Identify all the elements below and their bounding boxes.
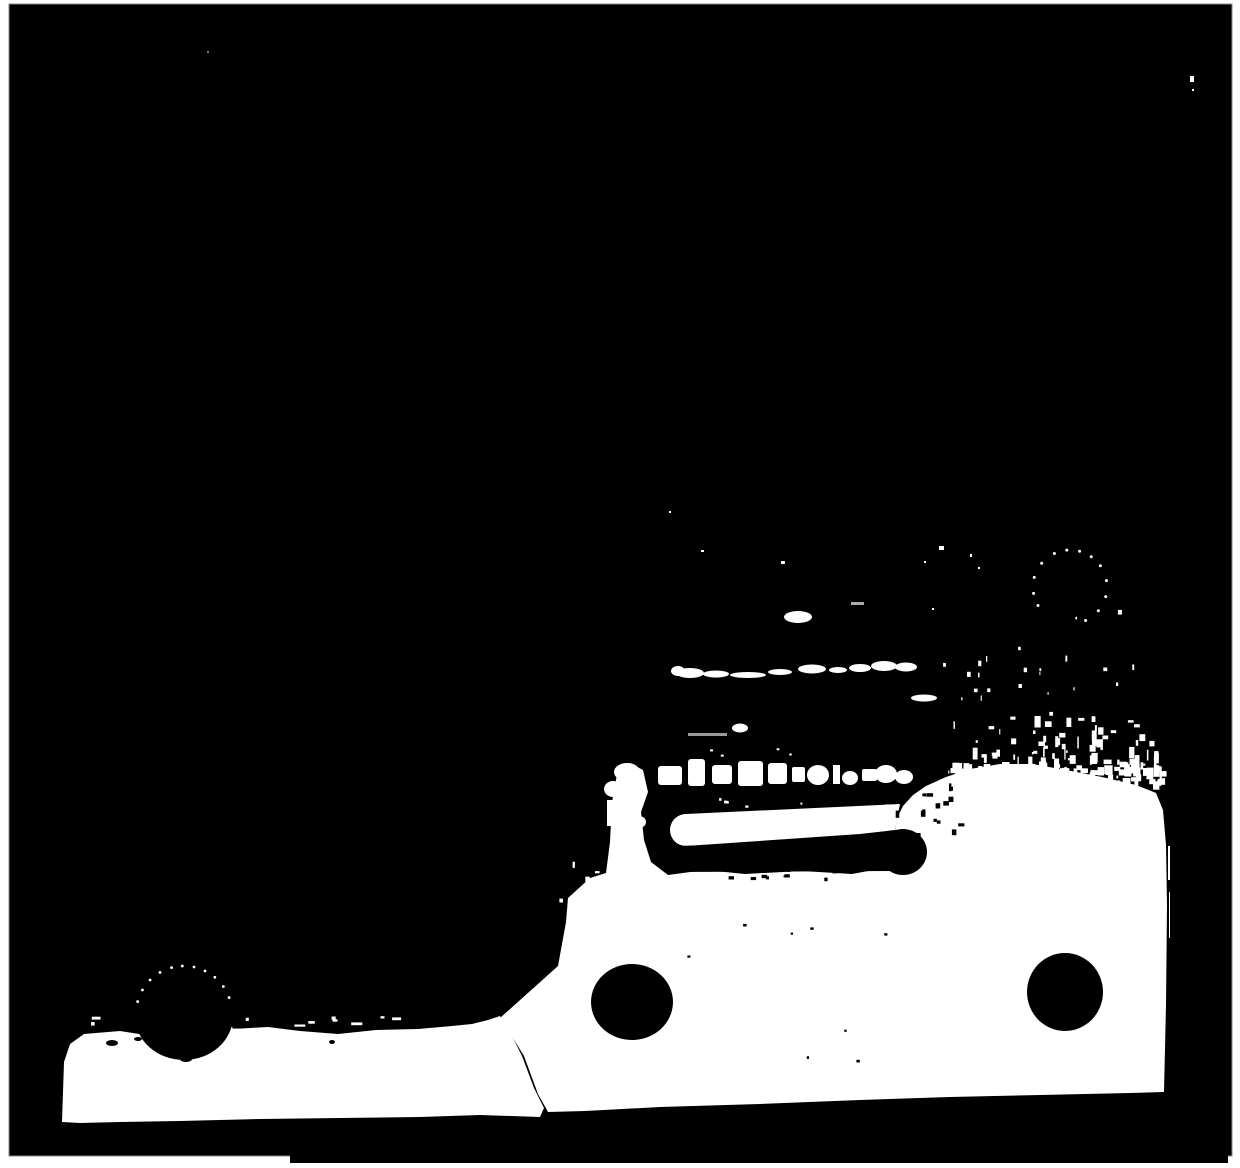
glare-streak-2 bbox=[676, 668, 704, 678]
hole-left-rim-dots-dot-9 bbox=[222, 985, 225, 988]
fur-noise-main-17 bbox=[1128, 720, 1134, 722]
wedge-edge-noise-9 bbox=[596, 909, 600, 914]
fur-noise-main-42 bbox=[1117, 760, 1119, 765]
fur-noise-main-75 bbox=[1066, 750, 1068, 753]
fur-noise-main-72 bbox=[1108, 774, 1113, 780]
fur-noise-main-106 bbox=[1045, 721, 1052, 727]
under-rod-speckle-6 bbox=[785, 874, 790, 877]
fur-noise-main-94 bbox=[1146, 777, 1150, 779]
fur-noise-sparse-3 bbox=[1024, 668, 1027, 673]
fur-noise-main-103 bbox=[1043, 736, 1046, 742]
base-top-edge-noise-19 bbox=[308, 1021, 315, 1024]
fur-noise-main-102 bbox=[999, 729, 1000, 735]
speck-top-left-gray bbox=[207, 51, 209, 53]
wedge-edge-noise-15 bbox=[578, 910, 580, 916]
under-rod-speckle-8 bbox=[751, 877, 756, 880]
fur-noise-dense-36 bbox=[1114, 767, 1120, 771]
fur-noise-main-107 bbox=[1098, 727, 1103, 734]
ghost-circle-rim-dots-dot-10 bbox=[1104, 595, 1107, 598]
knob-junction-speckle-7 bbox=[922, 809, 925, 813]
ghost-circle-rim-dots-dot-12 bbox=[1084, 619, 1087, 622]
glare-text-blob-9 bbox=[842, 771, 858, 785]
fur-noise-main-46 bbox=[992, 753, 997, 756]
under-rod-speckle-3 bbox=[729, 876, 734, 879]
fur-noise-main-43 bbox=[954, 721, 955, 729]
under-rod-speckle-7 bbox=[762, 875, 768, 878]
glare-streak-10 bbox=[895, 663, 917, 672]
fur-noise-dense-54 bbox=[975, 771, 981, 775]
glare-streak-7 bbox=[829, 667, 847, 673]
base-speck-2 bbox=[134, 1037, 142, 1041]
fur-noise-main-89 bbox=[1050, 770, 1053, 777]
mass-interior-specks-1 bbox=[687, 955, 690, 957]
glare-text-blob-6 bbox=[792, 767, 805, 782]
fur-noise-main-15 bbox=[1111, 730, 1116, 733]
fur-noise-main-80 bbox=[1094, 778, 1098, 788]
fur-noise-main-39 bbox=[976, 740, 978, 743]
under-rod-speckle-9 bbox=[787, 869, 791, 872]
fur-noise-main-99 bbox=[973, 748, 978, 760]
glare-text-blob-12 bbox=[895, 770, 913, 784]
wedge-edge-noise-23 bbox=[596, 938, 600, 941]
fur-noise-main-119 bbox=[1102, 736, 1108, 740]
fur-noise-main-78 bbox=[1141, 762, 1144, 769]
speck-mid-1 bbox=[669, 511, 671, 513]
fur-noise-dense-52 bbox=[966, 764, 972, 769]
wedge-edge-noise-22 bbox=[567, 918, 570, 920]
fur-noise-dense-46 bbox=[1124, 764, 1130, 771]
neck-blob-2 bbox=[604, 781, 622, 797]
glare-text-blob-10 bbox=[862, 769, 877, 781]
glare-text-underdots-4 bbox=[886, 804, 889, 807]
fur-noise-dense-35 bbox=[984, 764, 991, 769]
fur-noise-dense-45 bbox=[1062, 778, 1066, 784]
fur-noise-main-22 bbox=[1032, 752, 1034, 754]
knob-junction-speckle-10 bbox=[896, 811, 900, 818]
fur-noise-sparse-14 bbox=[981, 696, 982, 701]
fur-noise-main-92 bbox=[1015, 774, 1022, 784]
knob-junction-speckle-8 bbox=[922, 793, 926, 796]
speck-mid-8 bbox=[932, 608, 934, 610]
fur-noise-sparse-12 bbox=[1103, 668, 1107, 672]
fur-noise-dense-50 bbox=[1136, 774, 1141, 781]
hole-left bbox=[135, 972, 233, 1060]
speck-mid-3 bbox=[781, 561, 785, 564]
glare-text-blob-1 bbox=[658, 766, 682, 785]
glare-streak-5 bbox=[768, 669, 792, 675]
wedge-edge-noise-11 bbox=[573, 862, 575, 868]
page bbox=[0, 0, 1240, 1168]
base-speck-1 bbox=[106, 1040, 118, 1046]
fur-noise-main-56 bbox=[984, 755, 987, 763]
under-rod-speckle-5 bbox=[833, 870, 838, 873]
knob-junction-speckle-1 bbox=[936, 803, 941, 808]
mass-interior-specks-5 bbox=[807, 1056, 809, 1059]
base-top-edge-noise-0 bbox=[333, 1019, 338, 1021]
fur-noise-sparse-13 bbox=[1065, 656, 1067, 662]
fur-noise-dense-38 bbox=[1114, 781, 1120, 790]
fur-noise-sparse-16 bbox=[1075, 617, 1077, 620]
fur-noise-dense-23 bbox=[1143, 768, 1151, 776]
knob-junction-speckle-12 bbox=[943, 801, 949, 806]
fur-noise-dense-42 bbox=[1090, 772, 1095, 776]
fur-noise-main-38 bbox=[1160, 771, 1167, 777]
mass-interior-specks-3 bbox=[810, 927, 813, 929]
speck-mid-4 bbox=[924, 561, 926, 563]
speck-top-right-a bbox=[1190, 76, 1194, 82]
glare-text-blob-3 bbox=[712, 765, 732, 784]
base-speck-3 bbox=[329, 1040, 335, 1044]
gray-scratch-line bbox=[688, 733, 727, 736]
glare-text-blob-5 bbox=[768, 763, 787, 784]
fur-noise-main-108 bbox=[1013, 755, 1015, 760]
fur-noise-sparse-7 bbox=[987, 688, 990, 692]
fur-noise-main-52 bbox=[1154, 751, 1158, 761]
fur-noise-dense-5 bbox=[1091, 760, 1098, 764]
glare-text-blob-4 bbox=[738, 761, 763, 786]
ghost-circle-rim-dots-dot-2 bbox=[1033, 576, 1036, 579]
hole-left-rim-dots-dot-5 bbox=[181, 965, 184, 968]
fur-noise-dense-34 bbox=[1056, 781, 1059, 788]
fur-noise-sparse-11 bbox=[978, 661, 981, 667]
fur-noise-dense-47 bbox=[1135, 755, 1140, 764]
fur-noise-main-116 bbox=[1092, 716, 1096, 722]
fur-noise-sparse-0 bbox=[1116, 683, 1118, 687]
glare-text-overdots-2 bbox=[710, 749, 713, 751]
glare-text-underdots-0 bbox=[719, 798, 721, 801]
mass-interior-specks-7 bbox=[743, 924, 747, 927]
hole-left-rim-dots-dot-0 bbox=[136, 1000, 139, 1003]
wedge-edge-noise-6 bbox=[575, 982, 580, 988]
knob-junction-speckle-6 bbox=[917, 833, 921, 842]
fur-noise-sparse-2 bbox=[986, 656, 987, 662]
fur-noise-sparse-21 bbox=[943, 663, 946, 667]
right-edge-sliver-lower bbox=[1169, 892, 1170, 938]
fur-noise-sparse-9 bbox=[1039, 668, 1041, 671]
ghost-circle-rim-dots-dot-5 bbox=[1065, 549, 1068, 552]
fur-noise-main-62 bbox=[1078, 718, 1084, 721]
base-top-edge-noise-15 bbox=[294, 1025, 305, 1027]
fur-noise-dense-55 bbox=[972, 775, 981, 785]
fur-noise-dense-39 bbox=[1008, 765, 1012, 770]
fur-noise-main-84 bbox=[996, 750, 1000, 757]
fur-noise-main-23 bbox=[1129, 747, 1134, 758]
fur-noise-main-47 bbox=[1066, 718, 1071, 727]
glare-text-blob-7 bbox=[807, 765, 829, 785]
fur-noise-dense-11 bbox=[1104, 760, 1112, 765]
hole-left-rim-dots-dot-1 bbox=[141, 989, 144, 992]
hole-left-rim-dots-dot-3 bbox=[159, 971, 162, 974]
fur-noise-main-69 bbox=[1090, 745, 1096, 752]
speck-top-right-b bbox=[1192, 89, 1194, 91]
fur-noise-dense-14 bbox=[992, 777, 999, 782]
fur-noise-main-41 bbox=[1033, 751, 1037, 754]
glare-text-blob-2 bbox=[688, 759, 705, 786]
base-top-edge-noise-1 bbox=[232, 1029, 239, 1032]
fur-noise-sparse-1 bbox=[1018, 647, 1021, 650]
fur-noise-main-9 bbox=[1139, 734, 1145, 741]
glare-streak-6 bbox=[798, 665, 826, 674]
fur-noise-main-27 bbox=[1062, 744, 1066, 749]
base-top-edge-noise-6 bbox=[92, 1017, 101, 1020]
hole-left-rim-dots-dot-6 bbox=[193, 966, 196, 969]
wedge-edge-noise-12 bbox=[580, 935, 583, 940]
glare-text-overdots-0 bbox=[777, 748, 780, 750]
fur-noise-dense-57 bbox=[1154, 767, 1160, 777]
fur-noise-dense-59 bbox=[1076, 782, 1082, 790]
glare-streak-9 bbox=[871, 661, 897, 671]
speck-mid-2 bbox=[701, 550, 704, 552]
fur-noise-main-93 bbox=[1059, 733, 1065, 738]
knob-junction-speckle-5 bbox=[926, 793, 933, 797]
knob-junction-speckle-3 bbox=[958, 823, 964, 826]
fur-noise-dense-19 bbox=[1030, 766, 1035, 773]
fur-noise-sparse-15 bbox=[967, 672, 971, 677]
gray-dash-mid bbox=[851, 602, 864, 605]
knob-junction-speckle-11 bbox=[952, 829, 957, 835]
neck-blob-5 bbox=[607, 800, 615, 826]
fur-noise-main-60 bbox=[1018, 757, 1019, 765]
fur-noise-main-51 bbox=[1136, 740, 1138, 746]
ghost-circle-rim-dots-dot-6 bbox=[1078, 550, 1081, 553]
wedge-edge-noise-10 bbox=[602, 879, 607, 885]
ghost-circle-rim-dots-dot-8 bbox=[1099, 564, 1102, 567]
fur-noise-dense-29 bbox=[990, 767, 995, 776]
knob-junction-speckle-2 bbox=[934, 819, 937, 822]
fur-noise-main-36 bbox=[1010, 717, 1015, 720]
fur-noise-sparse-4 bbox=[1039, 672, 1040, 675]
wedge-edge-noise-17 bbox=[570, 982, 573, 985]
fur-noise-sparse-19 bbox=[1073, 687, 1074, 690]
fur-noise-main-61 bbox=[1033, 731, 1036, 735]
glare-text-blob-11 bbox=[875, 765, 897, 783]
fur-noise-main-100 bbox=[1134, 724, 1140, 727]
knob-junction-speckle-13 bbox=[937, 820, 941, 823]
glare-text-underdots-6 bbox=[727, 801, 729, 804]
fur-noise-sparse-18 bbox=[1048, 692, 1049, 695]
fur-noise-main-111 bbox=[953, 776, 956, 781]
wedge-edge-noise-7 bbox=[568, 950, 571, 952]
glare-text-underdots-7 bbox=[745, 806, 748, 808]
ghost-circle-rim-dots-dot-0 bbox=[1036, 604, 1039, 607]
base-top-edge-noise-11 bbox=[332, 1017, 336, 1020]
fur-noise-dense-58 bbox=[1157, 780, 1164, 784]
right-edge-sliver-upper bbox=[1168, 846, 1170, 880]
ghost-circle-rim-dots-dot-11 bbox=[1097, 609, 1100, 612]
glare-streak-3 bbox=[703, 671, 729, 678]
fur-noise-main-81 bbox=[1028, 757, 1032, 767]
hole-right bbox=[1027, 953, 1103, 1031]
fur-noise-sparse-10 bbox=[974, 689, 978, 693]
ghost-circle-rim-dots-dot-1 bbox=[1032, 592, 1035, 595]
hole-left-shadow bbox=[180, 1056, 192, 1062]
fur-noise-main-29 bbox=[1070, 755, 1076, 764]
fur-noise-main-48 bbox=[1057, 738, 1060, 745]
wedge-edge-noise-2 bbox=[587, 924, 591, 930]
fur-noise-main-68 bbox=[1143, 764, 1145, 766]
speck-mid-7 bbox=[978, 567, 980, 569]
fur-noise-main-11 bbox=[1074, 768, 1078, 772]
fur-noise-main-104 bbox=[1049, 712, 1053, 716]
fur-noise-main-101 bbox=[1062, 768, 1067, 771]
mass-interior-specks-2 bbox=[884, 933, 887, 935]
wedge-edge-noise-21 bbox=[568, 934, 570, 940]
glare-text-overdots-3 bbox=[789, 754, 791, 756]
white-blob-mid bbox=[784, 611, 812, 623]
glare-text-underdots-1 bbox=[808, 813, 810, 815]
wedge-edge-noise-3 bbox=[575, 957, 580, 960]
fur-noise-dense-48 bbox=[1039, 765, 1043, 775]
fur-noise-main-118 bbox=[1054, 759, 1059, 771]
fur-noise-dense-41 bbox=[1123, 778, 1131, 787]
hole-left-rim-dots-dot-4 bbox=[170, 966, 173, 969]
glare-text-blob-8 bbox=[833, 765, 840, 784]
base-top-edge-noise-10 bbox=[91, 1022, 95, 1026]
fur-noise-main-110 bbox=[1149, 741, 1154, 747]
fur-noise-main-95 bbox=[1095, 725, 1097, 731]
neck-blob-6 bbox=[632, 816, 646, 828]
fur-noise-main-30 bbox=[1077, 737, 1079, 749]
hole-middle bbox=[591, 964, 673, 1040]
hole-left-rim-dots-dot-8 bbox=[213, 976, 216, 979]
fur-noise-dense-37 bbox=[1020, 769, 1025, 774]
wedge-edge-noise-4 bbox=[559, 899, 563, 903]
fur-noise-sparse-5 bbox=[961, 697, 962, 700]
knob-junction-speckle-9 bbox=[949, 797, 954, 802]
wedge-edge-noise-14 bbox=[577, 951, 583, 955]
binarized-photo-figure bbox=[0, 0, 1240, 1168]
glare-streak-4 bbox=[730, 672, 766, 678]
wedge-edge-noise-16 bbox=[575, 970, 578, 975]
fur-noise-sparse-6 bbox=[1118, 610, 1122, 615]
ghost-circle-rim-dots-dot-9 bbox=[1105, 579, 1108, 582]
fur-noise-main-77 bbox=[1052, 753, 1055, 759]
photo-canvas bbox=[0, 0, 1240, 1168]
speck-mid-6 bbox=[970, 554, 972, 557]
hole-left-rim-dots-dot-7 bbox=[204, 969, 207, 972]
glare-text-underdots-2 bbox=[800, 803, 802, 805]
fur-noise-sparse-20 bbox=[1019, 684, 1022, 688]
base-top-edge-noise-5 bbox=[392, 1017, 401, 1020]
ghost-circle-rim-dots-dot-7 bbox=[1090, 555, 1093, 558]
fur-noise-dense-49 bbox=[1149, 779, 1155, 784]
speck-mid-5 bbox=[939, 546, 944, 550]
base-top-edge-noise-18 bbox=[246, 1018, 249, 1021]
wedge-edge-noise-13 bbox=[595, 871, 600, 873]
fur-noise-main-35 bbox=[1092, 731, 1097, 742]
fur-noise-sparse-8 bbox=[1132, 664, 1134, 670]
fur-noise-main-86 bbox=[989, 726, 995, 729]
fur-noise-main-85 bbox=[1035, 716, 1041, 728]
wedge-edge-noise-20 bbox=[574, 993, 578, 997]
wedge-edge-noise-1 bbox=[602, 937, 604, 942]
hole-left-rim-dots-dot-10 bbox=[228, 996, 231, 999]
base-top-edge-noise-2 bbox=[381, 1016, 385, 1018]
under-rod-speckle-2 bbox=[824, 878, 827, 882]
neck-blob-1 bbox=[614, 763, 640, 781]
base-top-edge-noise-13 bbox=[351, 1022, 362, 1025]
fur-noise-main-8 bbox=[1011, 738, 1016, 744]
fur-noise-main-63 bbox=[1064, 749, 1065, 760]
fur-noise-dense-56 bbox=[955, 769, 964, 775]
small-glare-blob bbox=[732, 724, 748, 733]
glare-dash bbox=[911, 695, 937, 702]
fur-noise-dense-16 bbox=[1081, 768, 1089, 773]
fur-noise-main-67 bbox=[1100, 739, 1103, 750]
fur-noise-main-96 bbox=[1043, 747, 1045, 757]
fur-noise-sparse-17 bbox=[978, 673, 980, 678]
mass-interior-specks-0 bbox=[856, 1060, 859, 1063]
glare-text-overdots-1 bbox=[721, 755, 724, 757]
fur-noise-main-76 bbox=[1147, 750, 1149, 761]
fur-noise-main-1 bbox=[948, 771, 949, 774]
hole-left-rim-dots-dot-2 bbox=[149, 979, 152, 982]
glare-text-underdots-3 bbox=[883, 808, 886, 811]
fur-noise-dense-9 bbox=[1002, 762, 1008, 769]
fur-noise-dense-7 bbox=[1083, 778, 1087, 784]
mass-interior-specks-6 bbox=[844, 1030, 847, 1032]
fur-noise-dense-4 bbox=[1104, 765, 1112, 774]
wedge-edge-noise-5 bbox=[585, 877, 589, 882]
mass-interior-specks-4 bbox=[791, 933, 793, 935]
fur-noise-dense-25 bbox=[1098, 767, 1104, 775]
knob-junction-speckle-14 bbox=[950, 787, 953, 791]
ghost-circle-rim-dots-dot-4 bbox=[1053, 552, 1056, 555]
bottom-edge-band bbox=[290, 1154, 1228, 1163]
fur-noise-main-20 bbox=[1116, 776, 1118, 779]
wedge-edge-noise-25 bbox=[586, 947, 590, 951]
ghost-circle-rim-dots-dot-3 bbox=[1040, 562, 1043, 565]
glare-streak-8 bbox=[849, 664, 871, 672]
fur-noise-dense-53 bbox=[1000, 772, 1008, 782]
neck-blob-3 bbox=[622, 788, 644, 804]
